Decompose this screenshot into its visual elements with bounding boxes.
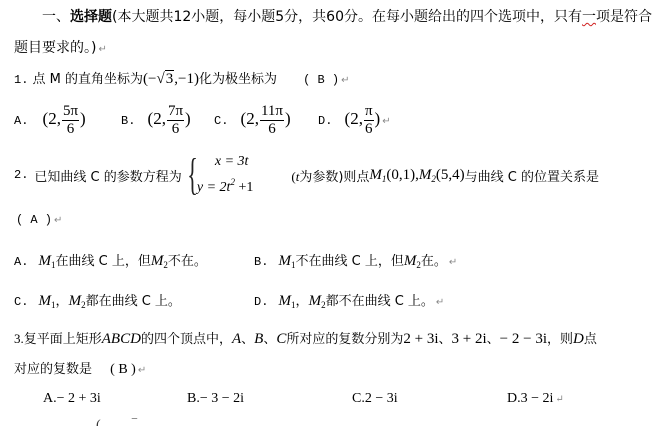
section-description: (本大题共12小题，每小题5分，共60分。在每小题给出的四个选项中，只有 xyxy=(112,9,582,25)
fraction: π6 xyxy=(364,104,374,137)
section-prefix: 一、 xyxy=(42,9,70,25)
question-1-stem: 1. 点 M 的直角坐标为(−√3,−1)化为极坐标为 ( B )↵ xyxy=(14,68,350,88)
q1-option-b: B. (2,7π6) xyxy=(121,104,191,137)
question-text: 点 M 的直角坐标为 xyxy=(33,72,143,87)
q1-option-a: A. (2,5π6) xyxy=(14,104,86,137)
q1-option-c: C. (2,11π6) xyxy=(214,104,291,137)
q2-option-c: C. M1，M2都在曲线 C 上。 xyxy=(14,290,181,310)
paragraph-mark-icon: ↵ xyxy=(341,75,349,86)
section-title: 选择题 xyxy=(70,9,112,25)
paragraph-mark-icon: ↵ xyxy=(449,257,457,268)
paragraph-mark-icon: ↵ xyxy=(138,365,146,376)
question-text: 对应的复数是 xyxy=(14,362,92,377)
question-text: 已知曲线 C 的参数方程为 xyxy=(34,166,181,185)
paragraph-mark-icon: ↵ xyxy=(54,215,62,226)
cutoff-next-line: ( ‾ xyxy=(96,418,137,426)
question-text-tail: 与曲线 C 的位置关系是 xyxy=(465,166,599,185)
paragraph-mark-icon: ↵ xyxy=(436,297,444,308)
fraction: 7π6 xyxy=(167,104,184,137)
question-3-line2: 对应的复数是 ( B )↵ xyxy=(14,358,146,378)
question-number: 1. xyxy=(14,73,28,87)
answer-mark: ( B ) xyxy=(303,73,339,87)
q2-option-d: D. M1，M2都不在曲线 C 上。↵ xyxy=(254,290,444,310)
paragraph-mark-icon: ↵ xyxy=(555,394,563,405)
point-m1: M1(0,1),M2(5,4) xyxy=(369,167,464,184)
math-coordinate: (−√3,−1) xyxy=(143,70,199,87)
param-note: (t为参数)则点 xyxy=(291,166,369,185)
option-label: A. xyxy=(14,114,28,128)
question-3-stem: 3.复平面上矩形ABCD的四个顶点中，A、B、C所对应的复数分别为2 + 3i、… xyxy=(14,328,597,348)
section-header-line2: 题目要求的。)↵ xyxy=(14,37,107,57)
question-number: 3. xyxy=(14,331,24,346)
q3-option-a: A.− 2 + 3i xyxy=(43,391,101,407)
q2-option-a: A. M1在曲线 C 上，但M2不在。 xyxy=(14,250,207,270)
question-2-answer: ( A )↵ xyxy=(16,212,62,227)
option-label: C. xyxy=(214,114,228,128)
paragraph-mark-icon: ↵ xyxy=(98,44,106,55)
question-number: 2. xyxy=(14,168,28,182)
section-description-line2: 题目要求的。) xyxy=(14,40,96,56)
option-label: B. xyxy=(121,114,135,128)
parametric-equations: x = 3t y = 2t2 +1 xyxy=(197,152,253,198)
answer-mark: ( A ) xyxy=(16,213,52,227)
question-2-stem: 2. 已知曲线 C 的参数方程为 { x = 3t y = 2t2 +1 (t为… xyxy=(14,152,599,198)
section-description-end: 项是符合 xyxy=(596,9,652,25)
q3-option-b: B.− 3 − 2i xyxy=(187,391,244,407)
spellcheck-squiggle-word: 一 xyxy=(582,9,596,25)
fraction: 11π6 xyxy=(260,104,284,137)
answer-mark: ( B ) xyxy=(110,362,136,377)
q1-option-d: D. (2,π6)↵ xyxy=(318,104,391,137)
q2-option-b: B. M1不在曲线 C 上，但M2在。↵ xyxy=(254,250,457,270)
fraction: 5π6 xyxy=(62,104,79,137)
q3-option-d: D.3 − 2i↵ xyxy=(507,391,564,407)
question-text-tail: 化为极坐标为 xyxy=(199,72,277,87)
option-label: D. xyxy=(318,114,332,128)
q3-option-c: C.2 − 3i xyxy=(352,391,398,407)
paragraph-mark-icon: ↵ xyxy=(382,116,390,127)
section-header-line1: 一、选择题(本大题共12小题，每小题5分，共60分。在每小题给出的四个选项中，只… xyxy=(42,6,652,26)
brace-symbol: { xyxy=(187,153,198,197)
